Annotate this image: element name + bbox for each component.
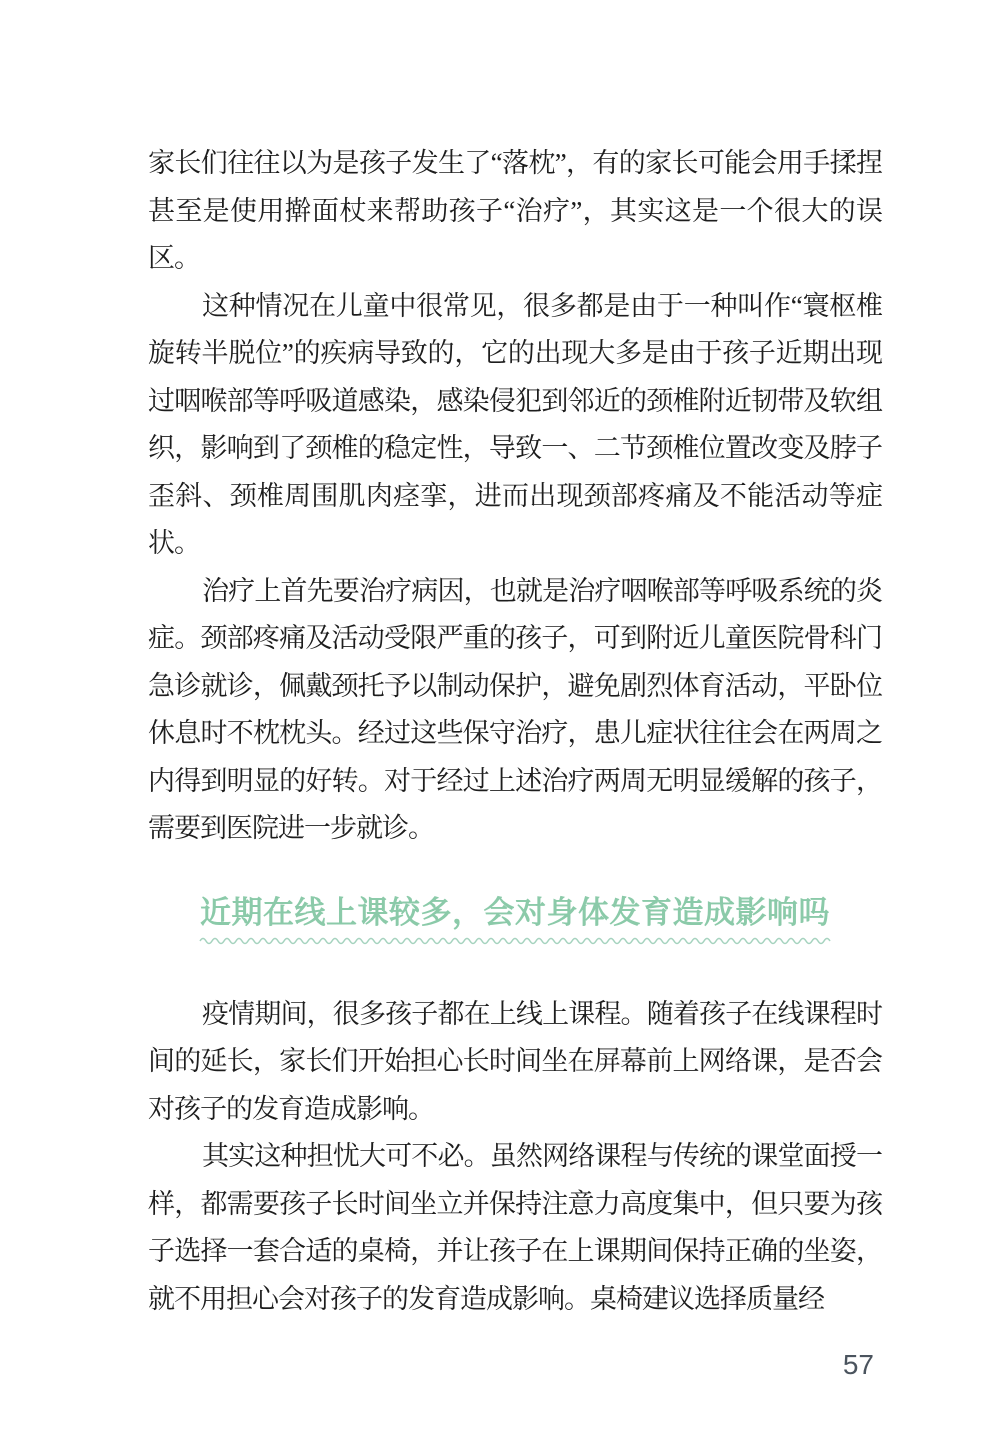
section-heading-inner: 近期在线上课较多，会对身体发育造成影响吗 xyxy=(199,893,831,945)
section-heading-block: 近期在线上课较多，会对身体发育造成影响吗 xyxy=(148,893,882,945)
paragraph: 这种情况在儿童中很常见，很多都是由于一种叫作“寰枢椎旋转半脱位”的疾病导致的，它… xyxy=(148,283,882,568)
paragraph-continuation: 家长们往往以为是孩子发生了“落枕”，有的家长可能会用手揉捏甚至是使用擀面杖来帮助… xyxy=(148,140,882,283)
section-heading: 近期在线上课较多，会对身体发育造成影响吗 xyxy=(199,893,831,933)
wavy-underline-path xyxy=(200,938,830,943)
paragraph: 其实这种担忧大可不必。虽然网络课程与传统的课堂面授一样，都需要孩子长时间坐立并保… xyxy=(148,1133,882,1323)
paragraph: 疫情期间，很多孩子都在上线上课程。随着孩子在线课程时间的延长，家长们开始担心长时… xyxy=(148,991,882,1134)
page-content: 家长们往往以为是孩子发生了“落枕”，有的家长可能会用手揉捏甚至是使用擀面杖来帮助… xyxy=(148,140,882,1323)
book-page: 家长们往往以为是孩子发生了“落枕”，有的家长可能会用手揉捏甚至是使用擀面杖来帮助… xyxy=(0,0,1000,1450)
page-number: 57 xyxy=(843,1350,874,1380)
paragraph: 治疗上首先要治疗病因，也就是治疗咽喉部等呼吸系统的炎症。颈部疼痛及活动受限严重的… xyxy=(148,568,882,853)
wavy-underline xyxy=(199,935,831,945)
